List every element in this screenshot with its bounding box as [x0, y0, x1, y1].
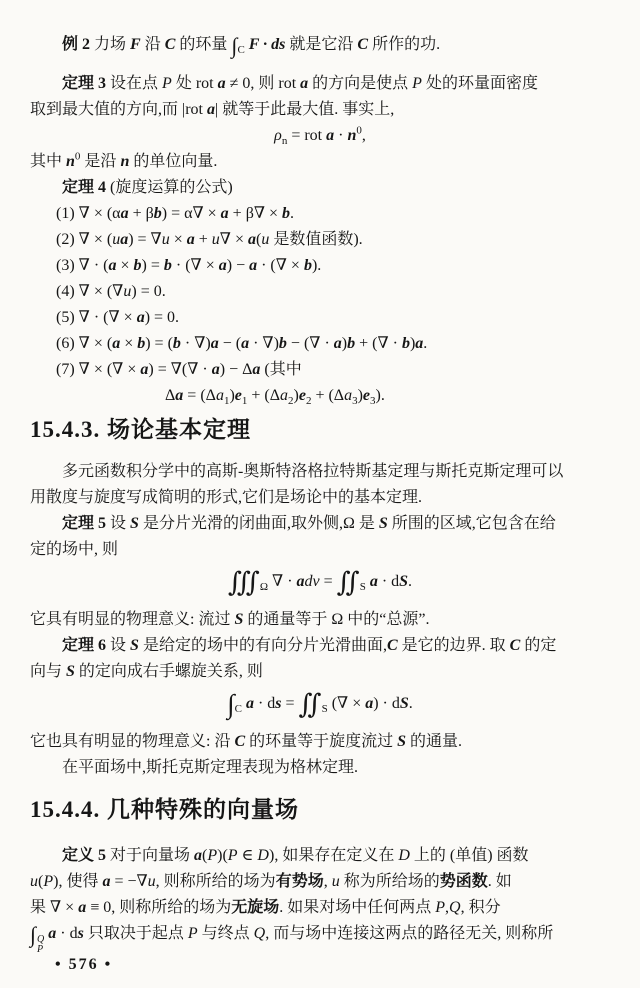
- formula-stokes-theorem: ∫C a · ds = ∬S (∇ × a) · dS.: [30, 687, 610, 721]
- section-1543-paragraph-line-1: 多元函数积分学中的高斯-奥斯特洛格拉特斯基定理与斯托克斯定理可以: [30, 459, 610, 485]
- curl-rule-6: (6) ∇ × (a × b) = (b · ∇)a − (a · ∇)b − …: [30, 331, 610, 357]
- definition-5-line-2: u(P), 使得 a = −∇u, 则称所给的场为有势场, u 称为所给场的势函…: [30, 869, 610, 895]
- definition-5-line-3: 果 ∇ × a ≡ 0, 则称所给的场为无旋场. 如果对场中任何两点 P,Q, …: [30, 895, 610, 921]
- section-heading-15-4-3: 15.4.3. 场论基本定理: [30, 415, 610, 445]
- theorem-5-line-1: 定理 5 设 S 是分片光滑的闭曲面,取外侧,Ω 是 S 所围的区域,它包含在给: [30, 511, 610, 537]
- curl-rule-3: (3) ∇ · (a × b) = b · (∇ × a) − a · (∇ ×…: [30, 253, 610, 279]
- definition-5-line-1: 定义 5 对于向量场 a(P)(P ∈ D), 如果存在定义在 D 上的 (单值…: [30, 843, 610, 869]
- theorem-6-line-1: 定理 6 设 S 是给定的场中的有向分片光滑曲面,C 是它的边界. 取 C 的定: [30, 633, 610, 659]
- formula-circulation-density: ρn = rot a · n0,: [30, 123, 610, 149]
- curl-rule-1: (1) ∇ × (αa + βb) = α∇ × a + β∇ × b.: [30, 201, 610, 227]
- section-1543-paragraph-line-2: 用散度与旋度写成简明的形式,它们是场论中的基本定理.: [30, 485, 610, 511]
- curl-rule-2: (2) ∇ × (ua) = ∇u × a + u∇ × a(u 是数值函数).: [30, 227, 610, 253]
- theorem-3-line-3: 其中 n0 是沿 n 的单位向量.: [30, 149, 610, 175]
- theorem-4-title: 定理 4 (旋度运算的公式): [30, 175, 610, 201]
- formula-gauss-theorem: ∭Ω ∇ · adv = ∬S a · dS.: [30, 565, 610, 599]
- curl-rule-7-continuation: Δa = (Δa1)e1 + (Δa2)e2 + (Δa3)e3).: [30, 383, 610, 409]
- page-number: • 576 •: [55, 956, 112, 974]
- theorem-6-line-2: 向与 S 的定向成右手螺旋关系, 则: [30, 659, 610, 685]
- textbook-page: 例 2 力场 F 沿 C 的环量 ∫C F · ds 就是它沿 C 所作的功. …: [0, 0, 640, 988]
- curl-rule-5: (5) ∇ · (∇ × a) = 0.: [30, 305, 610, 331]
- theorem-5-line-2: 定的场中, 则: [30, 537, 610, 563]
- curl-rule-7: (7) ∇ × (∇ × a) = ∇(∇ · a) − Δa (其中: [30, 357, 610, 383]
- theorem-3-line-2: 取到最大值的方向,而 |rot a| 就等于此最大值. 事实上,: [30, 97, 610, 123]
- theorem-5-line-3: 它具有明显的物理意义: 流过 S 的通量等于 Ω 中的“总源”.: [30, 607, 610, 633]
- theorem-6-line-3: 它也具有明显的物理意义: 沿 C 的环量等于旋度流过 S 的通量.: [30, 729, 610, 755]
- section-heading-15-4-4: 15.4.4. 几种特殊的向量场: [30, 795, 610, 825]
- theorem-3-line-1: 定理 3 设在点 P 处 rot a ≠ 0, 则 rot a 的方向是使点 P…: [30, 71, 610, 97]
- definition-5-line-4: ∫QPa · ds 只取决于起点 P 与终点 Q, 而与场中连接这两点的路径无关…: [30, 921, 610, 955]
- example-2-line: 例 2 力场 F 沿 C 的环量 ∫C F · ds 就是它沿 C 所作的功.: [30, 32, 610, 58]
- curl-rule-4: (4) ∇ × (∇u) = 0.: [30, 279, 610, 305]
- green-theorem-remark: 在平面场中,斯托克斯定理表现为格林定理.: [30, 755, 610, 781]
